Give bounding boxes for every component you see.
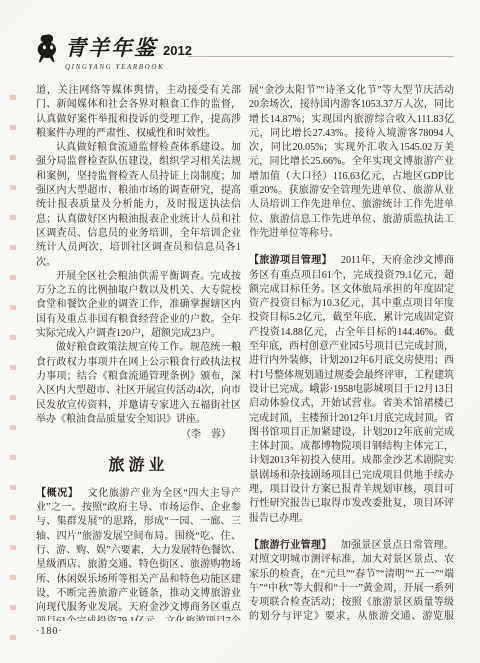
page-header: 青羊年鉴 2012 QINGYANG YEARBOOK	[36, 32, 454, 78]
logo-text-block: 青羊年鉴 2012 QINGYANG YEARBOOK	[65, 32, 192, 71]
page-number: ·180·	[36, 626, 63, 637]
scan-bleed-marks	[10, 95, 16, 640]
logo-title-cn: 青羊年鉴	[65, 32, 157, 62]
body-paragraph: 认真做好粮食流通监督检查体系建设。加强分局监督检查队伍建设，组织学习相关法规和案…	[36, 141, 241, 270]
header-divider	[188, 56, 454, 57]
logo-subtitle-en: QINGYANG YEARBOOK	[65, 63, 192, 71]
entry-text-industry-management: 加强景区景点日常管理。对照文明城市测评标准，加大对景区景点、农家乐的检查，在“元…	[249, 540, 454, 621]
author-attribution: （李 蓉）	[36, 428, 241, 442]
body-paragraph: 道，关注网络等媒体舆情，主动接受有关部门、新闻媒体和社会各界对粮食工作的监督，认…	[36, 84, 241, 141]
body-paragraph: 开展全区社会粮油供需平衡调查。完成按万分之五的比例抽取户数以及机关、大专院校食堂…	[36, 270, 241, 341]
entry-project-management: 【旅游项目管理】2011年，天府金沙文博商务区有重点项目61个，完成投资79.1…	[249, 254, 454, 526]
body-paragraph: 做好粮食政策法规宣传工作。规范统一粮食行政权力事项并在网上公示粮食行政执法权力事…	[36, 341, 241, 427]
entry-overview: 【概况】文化旅游产业为全区“四大主导产业”之一。按照“政府主导、市场运作、企业参…	[36, 487, 241, 621]
body-paragraph-continuation: 展“金沙太阳节”“诗圣文化节”等大型节庆活动20余场次，接待国内游客1053.3…	[249, 84, 454, 241]
entry-label-industry-management: 【旅游行业管理】	[249, 540, 332, 551]
left-text-column: 道，关注网络等媒体舆情，主动接受有关部门、新闻媒体和社会各界对粮食工作的监督，认…	[36, 84, 241, 621]
section-title-tourism: 旅游业	[36, 459, 241, 473]
qingyang-yearbook-logo-icon	[36, 34, 60, 71]
entry-industry-management: 【旅游行业管理】加强景区景点日常管理。对照文明城市测评标准，加大对景区景点、农家…	[249, 539, 454, 621]
entry-label-overview: 【概况】	[36, 488, 79, 499]
yearbook-logo: 青羊年鉴 2012 QINGYANG YEARBOOK	[36, 32, 454, 71]
entry-text-project-management: 2011年，天府金沙文博商务区有重点项目61个，完成投资79.1亿元，超额完成目…	[249, 255, 454, 523]
entry-text-overview: 文化旅游产业为全区“四大主导产业”之一。按照“政府主导、市场运作、企业参与、集群…	[36, 488, 241, 621]
right-text-column: 展“金沙太阳节”“诗圣文化节”等大型节庆活动20余场次，接待国内游客1053.3…	[249, 84, 454, 621]
yearbook-page: 青羊年鉴 2012 QINGYANG YEARBOOK 道，关注网络等媒体舆情，…	[0, 0, 480, 663]
entry-label-project-management: 【旅游项目管理】	[249, 255, 332, 266]
